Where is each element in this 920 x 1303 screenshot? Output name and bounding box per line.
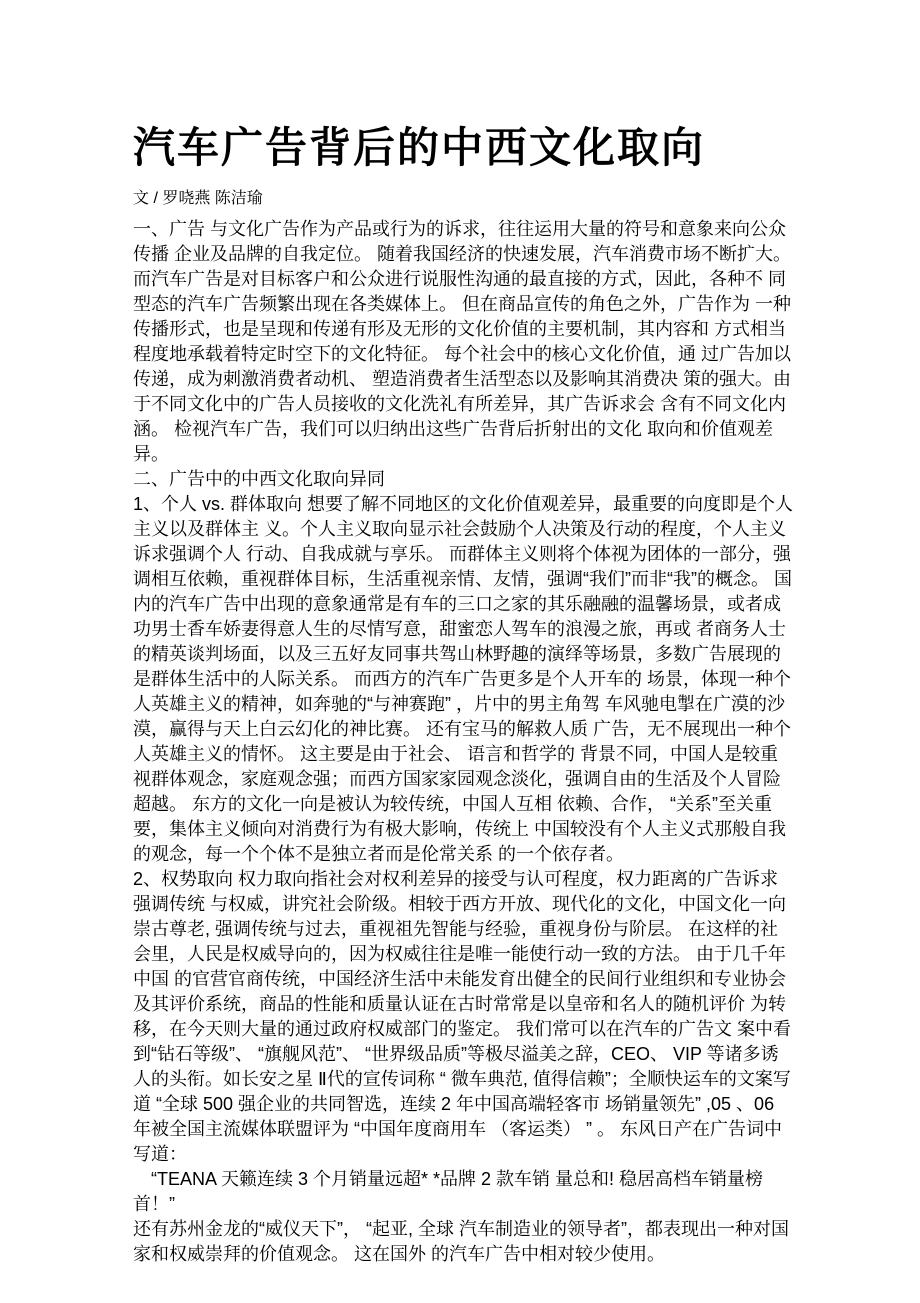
paragraph: 一、广告 与文化广告作为产品或行为的诉求，往往运用大量的符号和意象来向公众传播 …: [133, 217, 793, 467]
document-page: 汽车广告背后的中西文化取向 文 / 罗哓燕 陈洁瑜 一、广告 与文化广告作为产品…: [0, 0, 920, 1303]
document-content: 汽车广告背后的中西文化取向 文 / 罗哓燕 陈洁瑜 一、广告 与文化广告作为产品…: [133, 118, 793, 1267]
page-title: 汽车广告背后的中西文化取向: [133, 118, 793, 179]
paragraph: 1、个人 vs. 群体取向 想要了解不同地区的文化价值观差异，最重要的向度即是个…: [133, 492, 793, 867]
paragraph: 二、广告中的中西文化取向异同: [133, 467, 793, 492]
paragraph: “TEANA 天籁连续 3 个月销量远超* *品牌 2 款车销 量总和! 稳居高…: [133, 1167, 793, 1217]
byline: 文 / 罗哓燕 陈洁瑜: [133, 189, 793, 208]
paragraph: 2、权势取向 权力取向指社会对权利差异的接受与认可程度，权力距离的广告诉求强调传…: [133, 867, 793, 1167]
paragraph: 还有苏州金龙的“威仪天下”， “起亚, 全球 汽车制造业的领导者”，都表现出一种…: [133, 1217, 793, 1267]
article-body: 一、广告 与文化广告作为产品或行为的诉求，往往运用大量的符号和意象来向公众传播 …: [133, 217, 793, 1267]
